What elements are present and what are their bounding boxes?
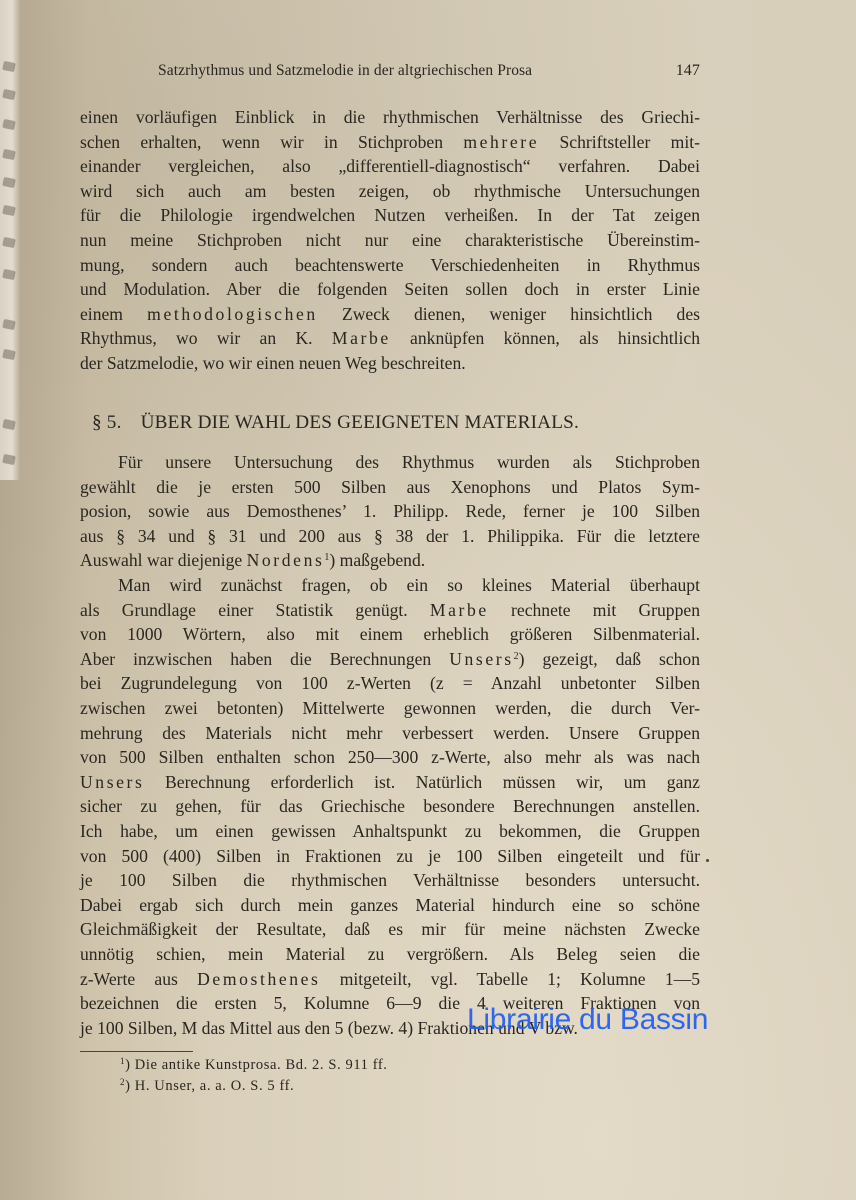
text-line: Unsers Berechnung erforderlich ist. Natü…: [80, 770, 700, 795]
margin-speck: [706, 859, 709, 862]
text-line: wird sich auch am besten zeigen, ob rhyt…: [80, 179, 700, 204]
edge-glyph: [2, 149, 16, 160]
text-line: Gleichmäßigkeit der Resultate, daß es mi…: [80, 917, 700, 942]
edge-glyph: [2, 237, 16, 248]
section-heading: § 5. ÜBER DIE WAHL DES GEEIGNETEN MATERI…: [92, 412, 692, 434]
text-line: bei Zugrundelegung von 100 z-Werten (z =…: [80, 671, 700, 696]
text-line: schen erhalten, wenn wir in Stichproben …: [80, 130, 700, 155]
spaced-emphasis: Marbe: [430, 600, 489, 620]
text-line: nun meine Stichproben nicht nur eine cha…: [80, 228, 700, 253]
spaced-emphasis: Nordens: [247, 550, 325, 570]
text-line: einander vergleichen, also „differentiel…: [80, 154, 700, 179]
footnote-1: 1) Die antike Kunstprosa. Bd. 2. S. 911 …: [120, 1055, 388, 1076]
facing-page-edge: [0, 0, 20, 480]
footnote-2: 2) H. Unser, a. a. O. S. 5 ff.: [120, 1076, 388, 1097]
spaced-emphasis: mehrere: [463, 132, 539, 152]
text-line: je 100 Silben die rhythmischen Verhältni…: [80, 868, 700, 893]
page-number: 147: [676, 62, 700, 80]
watermark: Librairie du Bassin: [467, 1003, 708, 1037]
text-line: von 500 Silben enthalten schon 250—300 z…: [80, 745, 700, 770]
text-line: Dabei ergab sich durch mein ganzes Mater…: [80, 893, 700, 918]
text-line: z-Werte aus Demosthenes mitgeteilt, vgl.…: [80, 967, 700, 992]
edge-glyph: [2, 119, 16, 130]
edge-glyph: [2, 319, 16, 330]
spaced-emphasis: Unsers: [449, 649, 513, 669]
paragraph-1: einen vorläufigen Einblick in die rhythm…: [80, 105, 700, 376]
text-line: Man wird zunächst fragen, ob ein so klei…: [80, 573, 700, 598]
text-line: posion, sowie aus Demosthenes’ 1. Philip…: [80, 499, 700, 524]
footnotes: 1) Die antike Kunstprosa. Bd. 2. S. 911 …: [120, 1055, 388, 1097]
text-line: aus § 34 und § 31 und 200 aus § 38 der 1…: [80, 524, 700, 549]
section-title: ÜBER DIE WAHL DES GEEIGNETEN MATERIALS.: [141, 412, 579, 433]
spaced-emphasis: Marbe: [332, 328, 391, 348]
text-line: Für unsere Untersuchung des Rhythmus wur…: [80, 450, 700, 475]
running-head-title: Satzrhythmus und Satzmelodie in der altg…: [158, 62, 532, 80]
spaced-emphasis: Demosthenes: [197, 969, 320, 989]
edge-glyph: [2, 61, 16, 72]
edge-glyph: [2, 205, 16, 216]
text-line: unnötig schien, mein Material zu vergröß…: [80, 942, 700, 967]
text-line: einem methodologischen Zweck dienen, wen…: [80, 302, 700, 327]
text-line: Ich habe, um einen gewissen Anhaltspunkt…: [80, 819, 700, 844]
text-line: Auswahl war diejenige Nordens1) maßgeben…: [80, 548, 700, 573]
text-line: sicher zu gehen, für das Griechische bes…: [80, 794, 700, 819]
spaced-emphasis: Unsers: [80, 772, 144, 792]
text-line: und Modulation. Aber die folgenden Seite…: [80, 277, 700, 302]
text-line: gewählt die je ersten 500 Silben aus Xen…: [80, 475, 700, 500]
footnote-divider: [80, 1051, 193, 1052]
spaced-emphasis: methodologischen: [147, 304, 318, 324]
edge-glyph: [2, 177, 16, 188]
text-line: mehrung des Materials nicht mehr verbess…: [80, 721, 700, 746]
text-line: für die Philologie irgendwelchen Nutzen …: [80, 203, 700, 228]
paragraph-3: Man wird zunächst fragen, ob ein so klei…: [80, 573, 700, 1040]
text-line: der Satzmelodie, wo wir einen neuen Weg …: [80, 351, 700, 376]
paragraph-2: Für unsere Untersuchung des Rhythmus wur…: [80, 450, 700, 573]
text-line: von 1000 Wörtern, also mit einem erhebli…: [80, 622, 700, 647]
edge-glyph: [2, 89, 16, 100]
edge-glyph: [2, 269, 16, 280]
edge-glyph: [2, 419, 16, 430]
text-line: einen vorläufigen Einblick in die rhythm…: [80, 105, 700, 130]
footnote-text: ) H. Unser, a. a. O. S. 5 ff.: [125, 1078, 294, 1094]
text-line: mung, sondern auch beachtenswerte Versch…: [80, 253, 700, 278]
text-line: als Grundlage einer Statistik genügt. Ma…: [80, 598, 700, 623]
section-number: § 5.: [92, 412, 122, 433]
text-line: Rhythmus, wo wir an K. Marbe anknüpfen k…: [80, 326, 700, 351]
edge-glyph: [2, 454, 16, 465]
running-head: Satzrhythmus und Satzmelodie in der altg…: [158, 62, 700, 80]
edge-glyph: [2, 349, 16, 360]
footnote-text: ) Die antike Kunstprosa. Bd. 2. S. 911 f…: [125, 1057, 387, 1073]
text-line: Aber inzwischen haben die Berechnungen U…: [80, 647, 700, 672]
text-line: zwischen zwei betonten) Mittelwerte gewo…: [80, 696, 700, 721]
text-line: von 500 (400) Silben in Fraktionen zu je…: [80, 844, 700, 869]
